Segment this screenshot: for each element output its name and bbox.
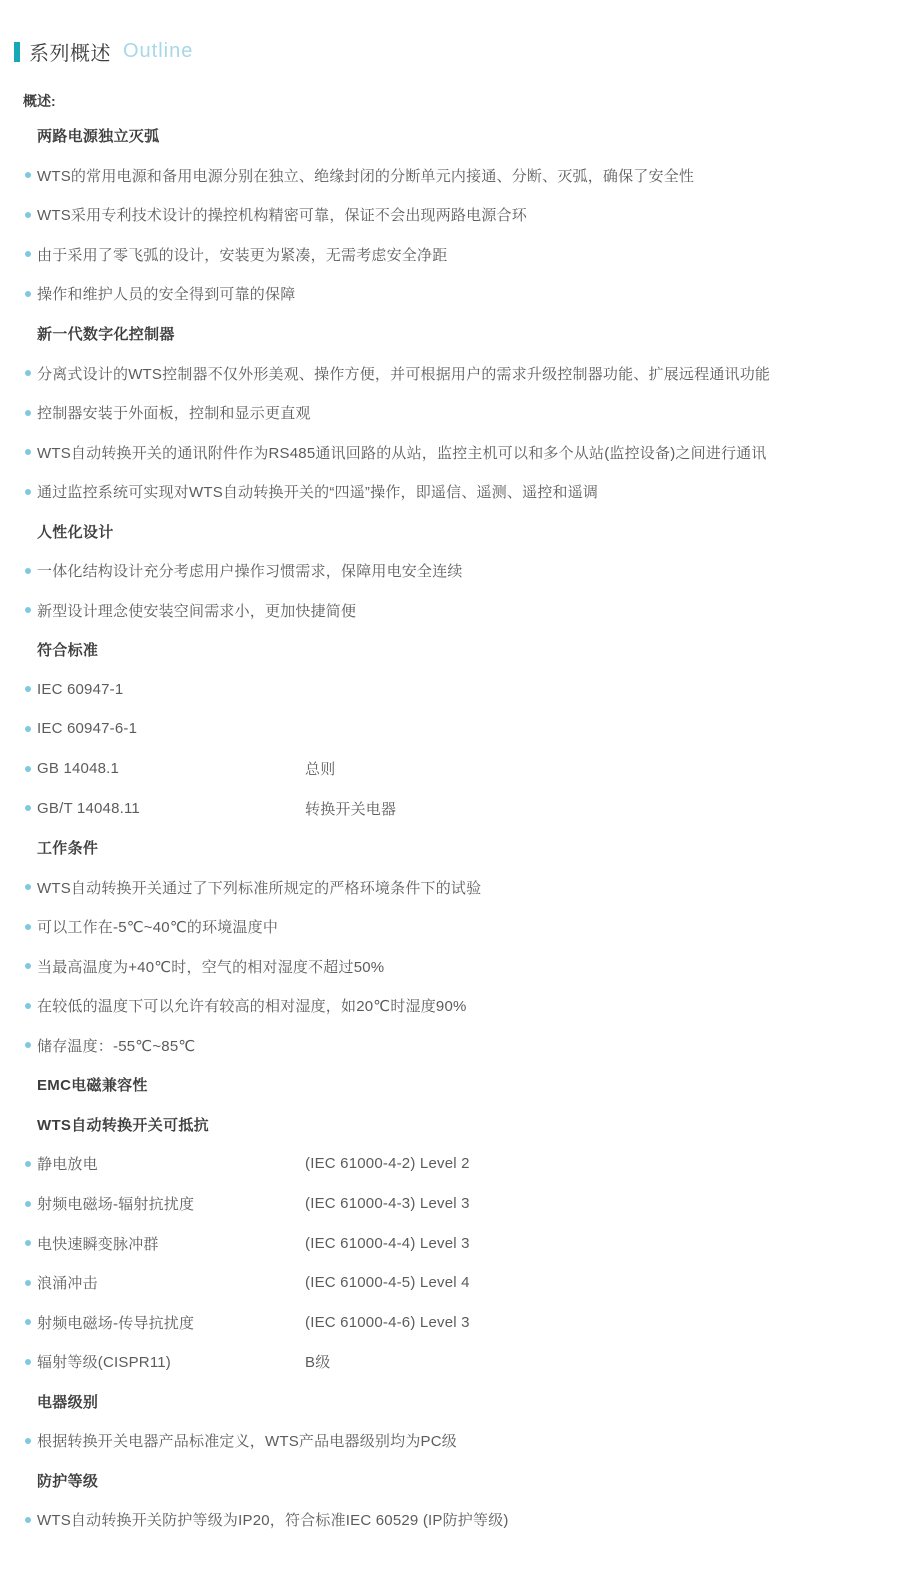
bullet-icon — [25, 410, 31, 416]
list-item-text: 浪涌冲击 — [37, 1272, 98, 1293]
bullet-icon — [25, 963, 31, 969]
list-item: WTS的常用电源和备用电源分别在独立、绝缘封闭的分断单元内接通、分断、灭弧，确保… — [0, 156, 900, 196]
list-item-value: (IEC 61000-4-2) Level 2 — [305, 1155, 470, 1172]
bullet-icon — [25, 489, 31, 495]
bullet-icon — [25, 251, 31, 257]
list-item: 当最高温度为+40℃时，空气的相对湿度不超过50% — [0, 946, 900, 986]
list-item-text: WTS自动转换开关防护等级为IP20，符合标准IEC 60529 (IP防护等级… — [37, 1509, 509, 1530]
bullet-icon — [25, 726, 31, 732]
list-item: GB/T 14048.11 转换开关电器 — [0, 788, 900, 828]
list-item: 根据转换开关电器产品标准定义，WTS产品电器级别均为PC级 — [0, 1421, 900, 1461]
list-item: WTS自动转换开关通过了下列标准所规定的严格环境条件下的试验 — [0, 867, 900, 907]
list-item-value: 转换开关电器 — [305, 798, 396, 819]
bullet-icon — [25, 924, 31, 930]
list-item-text: 射频电磁场-传导抗扰度 — [37, 1312, 194, 1333]
list-item: 一体化结构设计充分考虑用户操作习惯需求，保障用电安全连续 — [0, 551, 900, 591]
list-item: 浪涌冲击 (IEC 61000-4-5) Level 4 — [0, 1263, 900, 1303]
bullet-icon — [25, 1438, 31, 1444]
bullet-icon — [25, 370, 31, 376]
bullet-icon — [25, 686, 31, 692]
list-item-text: 新型设计理念使安装空间需求小，更加快捷简便 — [37, 600, 356, 621]
list-item-value: (IEC 61000-4-6) Level 3 — [305, 1314, 470, 1331]
bullet-icon — [25, 884, 31, 890]
content-rows: 两路电源独立灭弧 WTS的常用电源和备用电源分别在独立、绝缘封闭的分断单元内接通… — [0, 116, 900, 1540]
list-item-value: (IEC 61000-4-3) Level 3 — [305, 1195, 470, 1212]
list-item-text: 由于采用了零飞弧的设计，安装更为紧凑，无需考虑安全净距 — [37, 244, 447, 265]
section-heading-text: 防护等级 — [37, 1470, 98, 1491]
bullet-icon — [25, 1161, 31, 1167]
list-item: 射频电磁场-辐射抗扰度 (IEC 61000-4-3) Level 3 — [0, 1184, 900, 1224]
bullet-icon — [25, 1280, 31, 1286]
list-item: 辐射等级(CISPR11) B级 — [0, 1342, 900, 1382]
list-item-value: 总则 — [305, 758, 335, 779]
list-item: 静电放电 (IEC 61000-4-2) Level 2 — [0, 1144, 900, 1184]
list-item-text: WTS采用专利技术设计的操控机构精密可靠，保证不会出现两路电源合环 — [37, 204, 527, 225]
list-item-text: 电快速瞬变脉冲群 — [37, 1233, 159, 1254]
bullet-icon — [25, 1003, 31, 1009]
list-item-text: WTS自动转换开关的通讯附件作为RS485通讯回路的从站，监控主机可以和多个从站… — [37, 442, 767, 463]
section-heading-text: EMC电磁兼容性 — [37, 1074, 148, 1095]
bullet-icon — [25, 1240, 31, 1246]
list-item: WTS自动转换开关的通讯附件作为RS485通讯回路的从站，监控主机可以和多个从站… — [0, 432, 900, 472]
bullet-icon — [25, 805, 31, 811]
page-title-cn: 系列概述 — [29, 37, 111, 66]
bullet-icon — [25, 1201, 31, 1207]
section-heading: 新一代数字化控制器 — [0, 314, 900, 354]
title-accent-bar-icon — [14, 42, 20, 62]
list-item: 通过监控系统可实现对WTS自动转换开关的“四遥”操作，即遥信、遥测、遥控和遥调 — [0, 472, 900, 512]
list-item: 控制器安装于外面板，控制和显示更直观 — [0, 393, 900, 433]
list-item: 由于采用了零飞弧的设计，安装更为紧凑，无需考虑安全净距 — [0, 235, 900, 275]
list-item-text: 可以工作在-5℃~40℃的环境温度中 — [37, 916, 278, 937]
list-item-text: IEC 60947-6-1 — [37, 720, 137, 737]
list-item-text: 分离式设计的WTS控制器不仅外形美观、操作方便，并可根据用户的需求升级控制器功能… — [37, 363, 770, 384]
section-heading-text: 两路电源独立灭弧 — [37, 125, 159, 146]
list-item-text: 一体化结构设计充分考虑用户操作习惯需求，保障用电安全连续 — [37, 560, 463, 581]
list-item: 分离式设计的WTS控制器不仅外形美观、操作方便，并可根据用户的需求升级控制器功能… — [0, 353, 900, 393]
list-item: WTS自动转换开关防护等级为IP20，符合标准IEC 60529 (IP防护等级… — [0, 1500, 900, 1540]
bullet-icon — [25, 766, 31, 772]
list-item-text: GB 14048.1 — [37, 760, 119, 777]
bullet-icon — [25, 607, 31, 613]
list-item-text: 射频电磁场-辐射抗扰度 — [37, 1193, 194, 1214]
bullet-icon — [25, 568, 31, 574]
list-item-text: WTS自动转换开关通过了下列标准所规定的严格环境条件下的试验 — [37, 877, 481, 898]
list-item: 新型设计理念使安装空间需求小，更加快捷简便 — [0, 591, 900, 631]
list-item-text: 当最高温度为+40℃时，空气的相对湿度不超过50% — [37, 956, 384, 977]
section-heading: 防护等级 — [0, 1461, 900, 1501]
list-item: 操作和维护人员的安全得到可靠的保障 — [0, 274, 900, 314]
bullet-icon — [25, 1042, 31, 1048]
list-item: 电快速瞬变脉冲群 (IEC 61000-4-4) Level 3 — [0, 1223, 900, 1263]
section-heading: 两路电源独立灭弧 — [0, 116, 900, 156]
list-item: 在较低的温度下可以允许有较高的相对湿度，如20℃时湿度90% — [0, 986, 900, 1026]
list-item: IEC 60947-6-1 — [0, 709, 900, 749]
section-heading: 人性化设计 — [0, 511, 900, 551]
list-item-value: B级 — [305, 1351, 330, 1372]
section-heading: 工作条件 — [0, 828, 900, 868]
list-item: 射频电磁场-传导抗扰度 (IEC 61000-4-6) Level 3 — [0, 1302, 900, 1342]
section-heading-text: WTS自动转换开关可抵抗 — [37, 1114, 209, 1135]
list-item: 可以工作在-5℃~40℃的环境温度中 — [0, 907, 900, 947]
bullet-icon — [25, 212, 31, 218]
list-item-text: WTS的常用电源和备用电源分别在独立、绝缘封闭的分断单元内接通、分断、灭弧，确保… — [37, 165, 694, 186]
section-heading: EMC电磁兼容性 — [0, 1065, 900, 1105]
list-item-text: 操作和维护人员的安全得到可靠的保障 — [37, 283, 295, 304]
section-heading: 电器级别 — [0, 1382, 900, 1422]
list-item-text: 在较低的温度下可以允许有较高的相对湿度，如20℃时湿度90% — [37, 995, 467, 1016]
bullet-icon — [25, 1319, 31, 1325]
section-heading: 符合标准 — [0, 630, 900, 670]
bullet-icon — [25, 291, 31, 297]
document-page: 系列概述 Outline 概述: 两路电源独立灭弧 WTS的常用电源和备用电源分… — [0, 0, 900, 1584]
list-item-text: 静电放电 — [37, 1153, 98, 1174]
list-item: WTS采用专利技术设计的操控机构精密可靠，保证不会出现两路电源合环 — [0, 195, 900, 235]
bullet-icon — [25, 1359, 31, 1365]
list-item-text: 控制器安装于外面板，控制和显示更直观 — [37, 402, 311, 423]
section-heading-text: 工作条件 — [37, 837, 98, 858]
list-item-value: (IEC 61000-4-5) Level 4 — [305, 1274, 470, 1291]
list-item: GB 14048.1 总则 — [0, 749, 900, 789]
bullet-icon — [25, 449, 31, 455]
section-heading-text: 人性化设计 — [37, 521, 114, 542]
list-item-text: IEC 60947-1 — [37, 681, 123, 698]
bullet-icon — [25, 1517, 31, 1523]
section-heading-text: 符合标准 — [37, 639, 98, 660]
list-item-text: 辐射等级(CISPR11) — [37, 1351, 171, 1372]
bullet-icon — [25, 172, 31, 178]
list-item: IEC 60947-1 — [0, 670, 900, 710]
list-item-text: 通过监控系统可实现对WTS自动转换开关的“四遥”操作，即遥信、遥测、遥控和遥调 — [37, 481, 598, 502]
list-item-text: 储存温度：-55℃~85℃ — [37, 1035, 195, 1056]
list-item: 储存温度：-55℃~85℃ — [0, 1026, 900, 1066]
section-heading-text: 新一代数字化控制器 — [37, 323, 175, 344]
list-item-text: 根据转换开关电器产品标准定义，WTS产品电器级别均为PC级 — [37, 1430, 457, 1451]
list-item-value: (IEC 61000-4-4) Level 3 — [305, 1235, 470, 1252]
page-title: 系列概述 Outline — [14, 37, 193, 66]
intro-label: 概述: — [23, 91, 56, 111]
section-heading: WTS自动转换开关可抵抗 — [0, 1105, 900, 1145]
section-heading-text: 电器级别 — [37, 1391, 98, 1412]
page-title-en: Outline — [123, 40, 193, 63]
list-item-text: GB/T 14048.11 — [37, 800, 140, 817]
